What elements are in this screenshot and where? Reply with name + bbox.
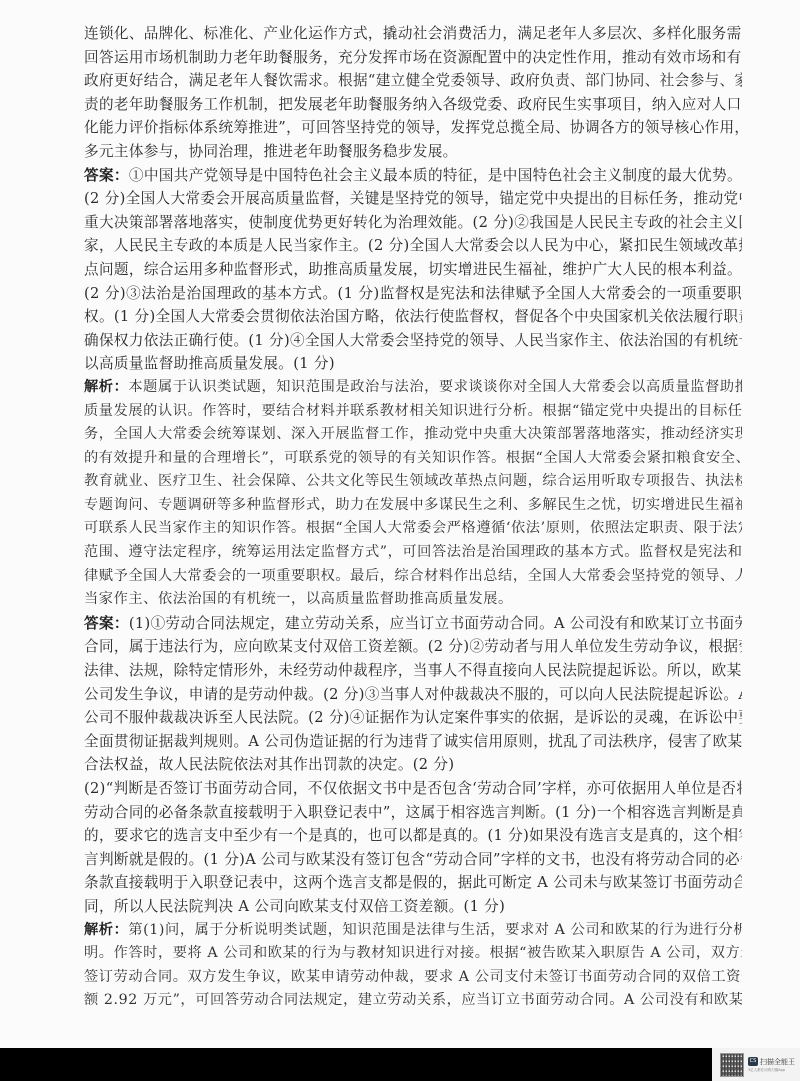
text-line: 同，所以人民法院判决 A 公司向欧某支付双倍工资差额。(1 分): [84, 895, 742, 919]
text-line: 教育就业、医疗卫生、社会保障、公共文化等民生领域改革热点问题，综合运用听取专项报…: [84, 470, 742, 494]
analysis-text: 本题属于认识类试题，知识范围是政治与法治，要求谈谈你对全国人大常委会以高质量监督…: [128, 379, 742, 395]
text-line: 范围、遵守法定程序，统筹运用法定监督方式”，可回答法治是治国理政的基本方式。监督…: [84, 541, 742, 565]
text-line: 明。作答时，要将 A 公司和欧某的行为与教材知识进行对接。根据“被告欧某入职原告…: [84, 942, 742, 966]
text-line: (2 分)全国人大常委会开展高质量监督，关键是坚持党的领导，锚定党中央提出的目标…: [84, 187, 742, 211]
text-line: 政府更好结合，满足老年人餐饮需求。根据“建立健全党委领导、政府负责、部门协同、社…: [84, 69, 742, 93]
answer-first-line: 19. 答案：(1)①劳动合同法规定，建立劳动关系，应当订立书面劳动合同。A 公…: [84, 612, 742, 636]
scanner-watermark: CS 扫描全能王 3亿人都在用的扫描App: [712, 1048, 800, 1081]
answer-text: (1)①劳动合同法规定，建立劳动关系，应当订立书面劳动合同。A 公司没有和欧某订…: [129, 615, 742, 632]
text-line: 条款直接载明于入职登记表中，这两个选言支都是假的，据此可断定 A 公司未与欧某签…: [84, 871, 742, 895]
text-line: 劳动合同的必备条款直接载明于入职登记表中”，这属于相容选言判断。(1 分)一个相…: [84, 801, 742, 825]
analysis-first-line: 解析：第(1)问，属于分析说明类试题，知识范围是法律与生活，要求对 A 公司和欧…: [84, 919, 742, 943]
text-line: 合法权益，故人民法院依法对其作出罚款的决定。(2 分): [84, 753, 742, 777]
text-line: (2 分)③法治是治国理政的基本方式。(1 分)监督权是宪法和法律赋予全国人大常…: [84, 282, 742, 306]
camscanner-logo-icon: CS: [748, 1057, 758, 1066]
text-line: 化能力评价指标体系统筹推进”，可回答坚持党的领导，发挥党总揽全局、协调各方的领导…: [84, 116, 742, 140]
text-line: 质量发展的认识。作答时，要结合材料并联系教材相关知识进行分析。根据“锚定党中央提…: [84, 400, 742, 424]
text-line: 法律、法规，除特定情形外，未经劳动仲裁程序，当事人不得直接向人民法院提起诉讼。所…: [84, 659, 742, 683]
text-line: 确保权力依法正确行使。(1 分)④全国人大常委会坚持党的领导、人民当家作主、依法…: [84, 329, 742, 353]
question-18: 18. 答案：①中国共产党领导是中国特色社会主义最本质的特征，是中国特色社会主义…: [84, 164, 742, 612]
answer-label: 答案：: [84, 167, 129, 184]
text-line: 当家作主、依法治国的有机统一，以高质量监督助推高质量发展。: [84, 588, 742, 612]
intro-paragraph: 连锁化、品牌化、标准化、产业化运作方式，撬动社会消费活力，满足老年人多层次、多样…: [84, 22, 742, 164]
text-line: 多元主体参与，协同治理，推进老年助餐服务稳步发展。: [84, 140, 742, 164]
answer-label: 答案：: [84, 615, 129, 632]
analysis-text: 第(1)问，属于分析说明类试题，知识范围是法律与生活，要求对 A 公司和欧某的行…: [128, 922, 742, 938]
text-line: 公司不服仲裁裁决诉至人民法院。(2 分)④证据作为认定案件事实的依据，是诉讼的灵…: [84, 706, 742, 730]
scanned-page: 连锁化、品牌化、标准化、产业化运作方式，撬动社会消费活力，满足老年人多层次、多样…: [0, 0, 800, 1048]
text-line: 公司发生争议，申请的是劳动仲裁。(2 分)③当事人对仲裁裁决不服的，可以向人民法…: [84, 683, 742, 707]
text-line: 点问题，综合运用多种监督形式，助推高质量发展，切实增进民生福祉，维护广大人民的根…: [84, 258, 742, 282]
text-line: 可联系人民当家作主的知识作答。根据“全国人大常委会严格遵循‘依法’原则，依照法定…: [84, 517, 742, 541]
text-line: 责的老年助餐服务工作机制，把发展老年助餐服务纳入各级党委、政府民生实事项目，纳入…: [84, 93, 742, 117]
text-line: (2)“判断是否签订书面劳动合同，不仅依据文书中是否包含‘劳动合同’字样，亦可依…: [84, 777, 742, 801]
text-line: 务，全国人大常委会统筹谋划、深入开展监督工作，推动党中央重大决策部署落地落实，推…: [84, 423, 742, 447]
bottom-black-bar: [0, 1048, 800, 1081]
watermark-text: CS 扫描全能王 3亿人都在用的扫描App: [748, 1057, 795, 1073]
analysis-label: 解析：: [84, 922, 128, 938]
text-line: 回答运用市场机制助力老年助餐服务，充分发挥市场在资源配置中的决定性作用，推动有效…: [84, 46, 742, 70]
text-line: 重大决策部署落地落实，使制度优势更好转化为治理效能。(2 分)②我国是人民民主专…: [84, 211, 742, 235]
text-line: 的有效提升和量的合理增长”，可联系党的领导的有关知识作答。根据“全国人大常委会紧…: [84, 447, 742, 471]
watermark-title: 扫描全能王: [760, 1057, 795, 1067]
answer-first-line: 18. 答案：①中国共产党领导是中国特色社会主义最本质的特征，是中国特色社会主义…: [84, 164, 742, 188]
analysis-first-line: 解析：本题属于认识类试题，知识范围是政治与法治，要求谈谈你对全国人大常委会以高质…: [84, 376, 742, 400]
text-line: 律赋予全国人大常委会的一项重要职权。最后，综合材料作出总结，全国人大常委会坚持党…: [84, 565, 742, 589]
text-line: 额 2.92 万元”，可回答劳动合同法规定，建立劳动关系，应当订立书面劳动合同。…: [84, 989, 742, 1013]
text-line: 家，人民民主专政的本质是人民当家作主。(2 分)全国人大常委会以人民为中心，紧扣…: [84, 234, 742, 258]
analysis-label: 解析：: [84, 379, 128, 395]
watermark-title-row: CS 扫描全能王: [748, 1057, 795, 1067]
answer-text: ①中国共产党领导是中国特色社会主义最本质的特征，是中国特色社会主义制度的最大优势…: [129, 167, 742, 184]
text-line: 专题询问、专题调研等多种监督形式，助力在发展中多谋民生之利、多解民生之忧，切实增…: [84, 494, 742, 518]
document-body: 连锁化、品牌化、标准化、产业化运作方式，撬动社会消费活力，满足老年人多层次、多样…: [84, 22, 742, 1013]
question-19: 19. 答案：(1)①劳动合同法规定，建立劳动关系，应当订立书面劳动合同。A 公…: [84, 612, 742, 1013]
text-line: 权。(1 分)全国人大常委会贯彻依法治国方略，依法行使监督权，督促各个中央国家机…: [84, 305, 742, 329]
text-line: 言判断就是假的。(1 分)A 公司与欧某没有签订包含“劳动合同”字样的文书，也没…: [84, 848, 742, 872]
text-line: 合同，属于违法行为，应向欧某支付双倍工资差额。(2 分)②劳动者与用人单位发生劳…: [84, 635, 742, 659]
text-line: 签订劳动合同。双方发生争议，欧某申请劳动仲裁，要求 A 公司支付未签订书面劳动合…: [84, 966, 742, 990]
qr-code-icon: [720, 1053, 744, 1077]
text-line: 全面贯彻证据裁判规则。A 公司伪造证据的行为违背了诚实信用原则，扰乱了司法秩序，…: [84, 730, 742, 754]
text-line: 连锁化、品牌化、标准化、产业化运作方式，撬动社会消费活力，满足老年人多层次、多样…: [84, 22, 742, 46]
text-line: 以高质量监督助推高质量发展。(1 分): [84, 352, 742, 376]
watermark-subtitle: 3亿人都在用的扫描App: [748, 1068, 795, 1073]
text-line: 的，要求它的选言支中至少有一个是真的，也可以都是真的。(1 分)如果没有选言支是…: [84, 824, 742, 848]
